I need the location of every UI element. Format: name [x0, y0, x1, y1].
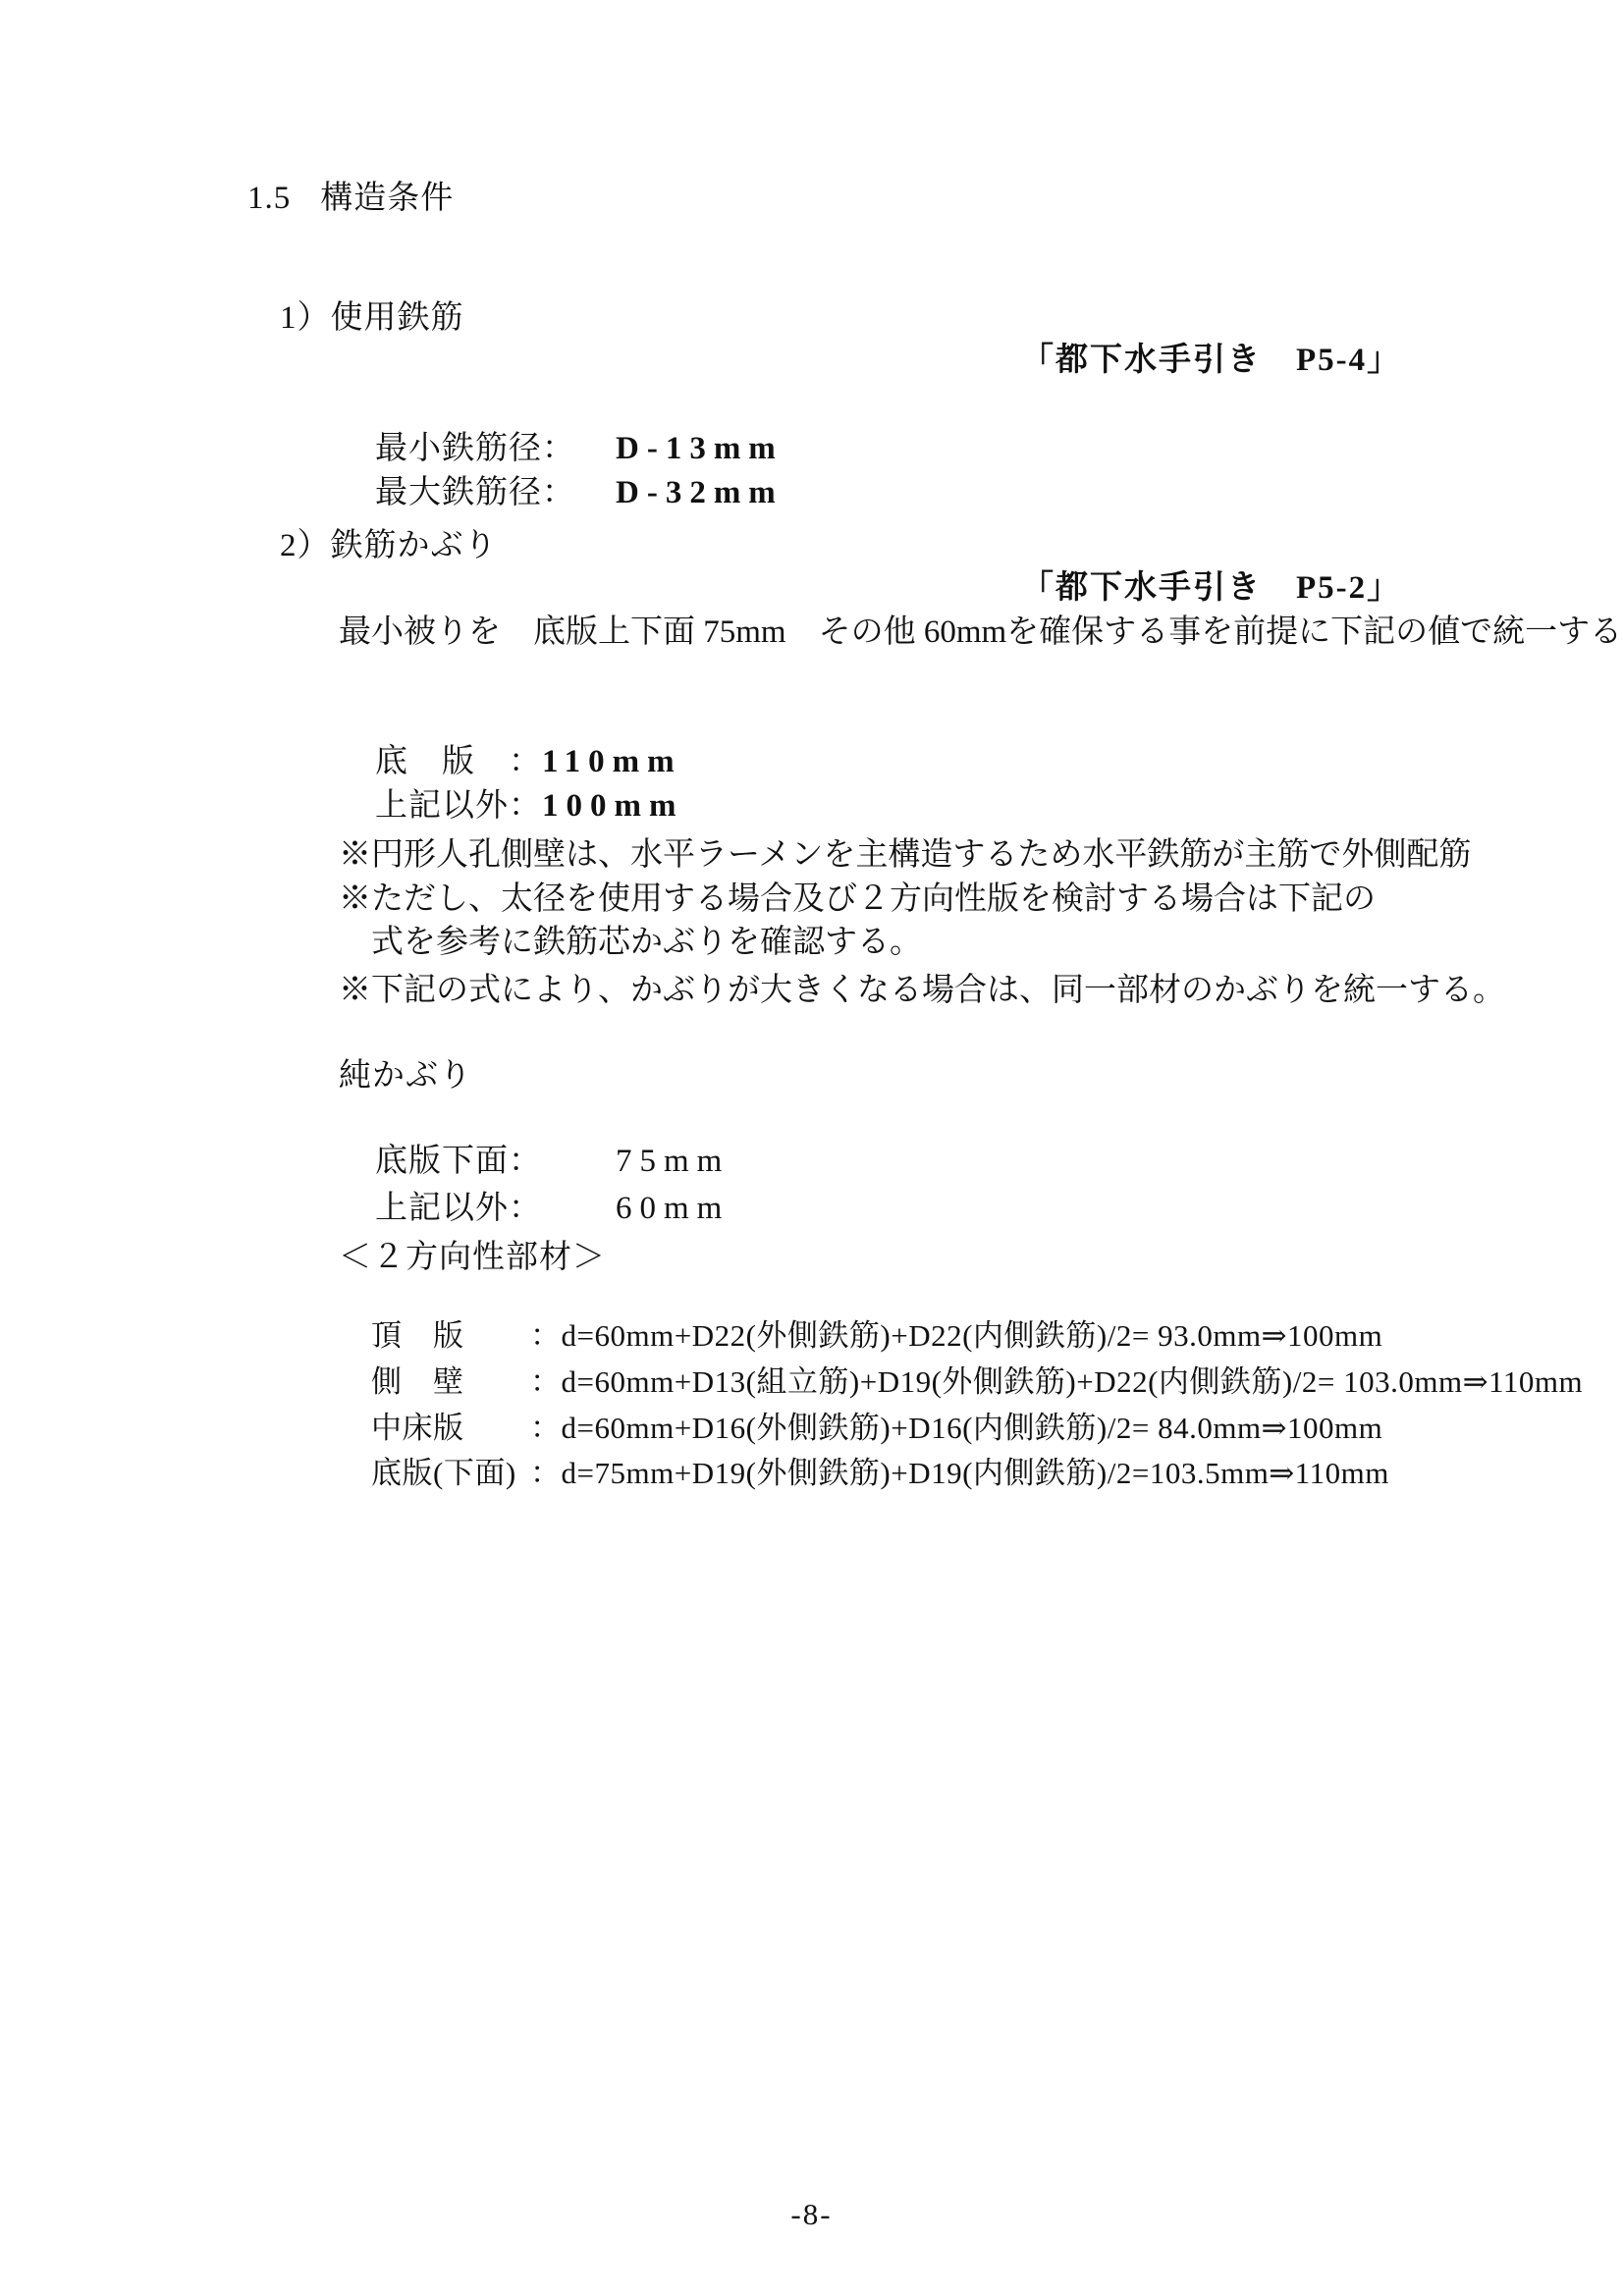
note-unify-cover: ※下記の式により、かぶりが大きくなる場合は、同一部材のかぶりを統一する。 [339, 972, 1505, 1011]
cover-premise-text: 最小被りを 底版上下面 75mm その他 60mmを確保する事を前提に下記の値で… [339, 614, 1623, 653]
section-title: 構造条件 [320, 181, 454, 216]
note-large-diameter-cont: 式を参考に鉄筋芯かぶりを確認する。 [339, 924, 922, 963]
two-way-bottom-slab-formula: ：d=75mm+D19(外側鉄筋)+D19(内側鉄筋)/2=103.5mm⇒11… [530, 1456, 1389, 1490]
subsection-cover-heading: 2）鉄筋かぶり [280, 527, 498, 566]
unified-other-label: 上記以外： [375, 787, 542, 827]
page-number: -8- [0, 2197, 1623, 2232]
reference-note-p5-2: 「都下水手引き P5-2」 [1021, 569, 1401, 609]
unified-other-value: 100mm [542, 788, 683, 824]
note-circular-manhole: ※円形人孔側壁は、水平ラーメンを主構造するため水平鉄筋が主筋で外側配筋 [339, 836, 1471, 876]
section-number: 1.5 [247, 180, 291, 219]
net-cover-heading: 純かぶり [339, 1057, 472, 1096]
max-rebar-value: D-32mm [616, 475, 784, 510]
two-way-member-heading: ＜２方向性部材＞ [339, 1239, 606, 1278]
net-other-value: 60mm [616, 1191, 730, 1226]
net-other-label: 上記以外： [375, 1190, 616, 1229]
two-way-bottom-slab-label: 底版(下面) [371, 1455, 530, 1491]
note-large-diameter: ※ただし、太径を使用する場合及び２方向性版を検討する場合は下記の [339, 881, 1376, 920]
max-rebar-label: 最大鉄筋径： [375, 474, 616, 513]
subsection-rebar-heading: 1）使用鉄筋 [280, 299, 464, 339]
section-heading: 1.5構造条件 [211, 140, 454, 257]
document-page: 1.5構造条件 1）使用鉄筋 「都下水手引き P5-4」 最小鉄筋径：D-13m… [0, 0, 1623, 2296]
two-way-bottom-slab-row: 底版(下面)：d=75mm+D19(外側鉄筋)+D19(内側鉄筋)/2=103.… [339, 1418, 1389, 1528]
reference-note-p5-4: 「都下水手引き P5-4」 [1021, 342, 1401, 381]
